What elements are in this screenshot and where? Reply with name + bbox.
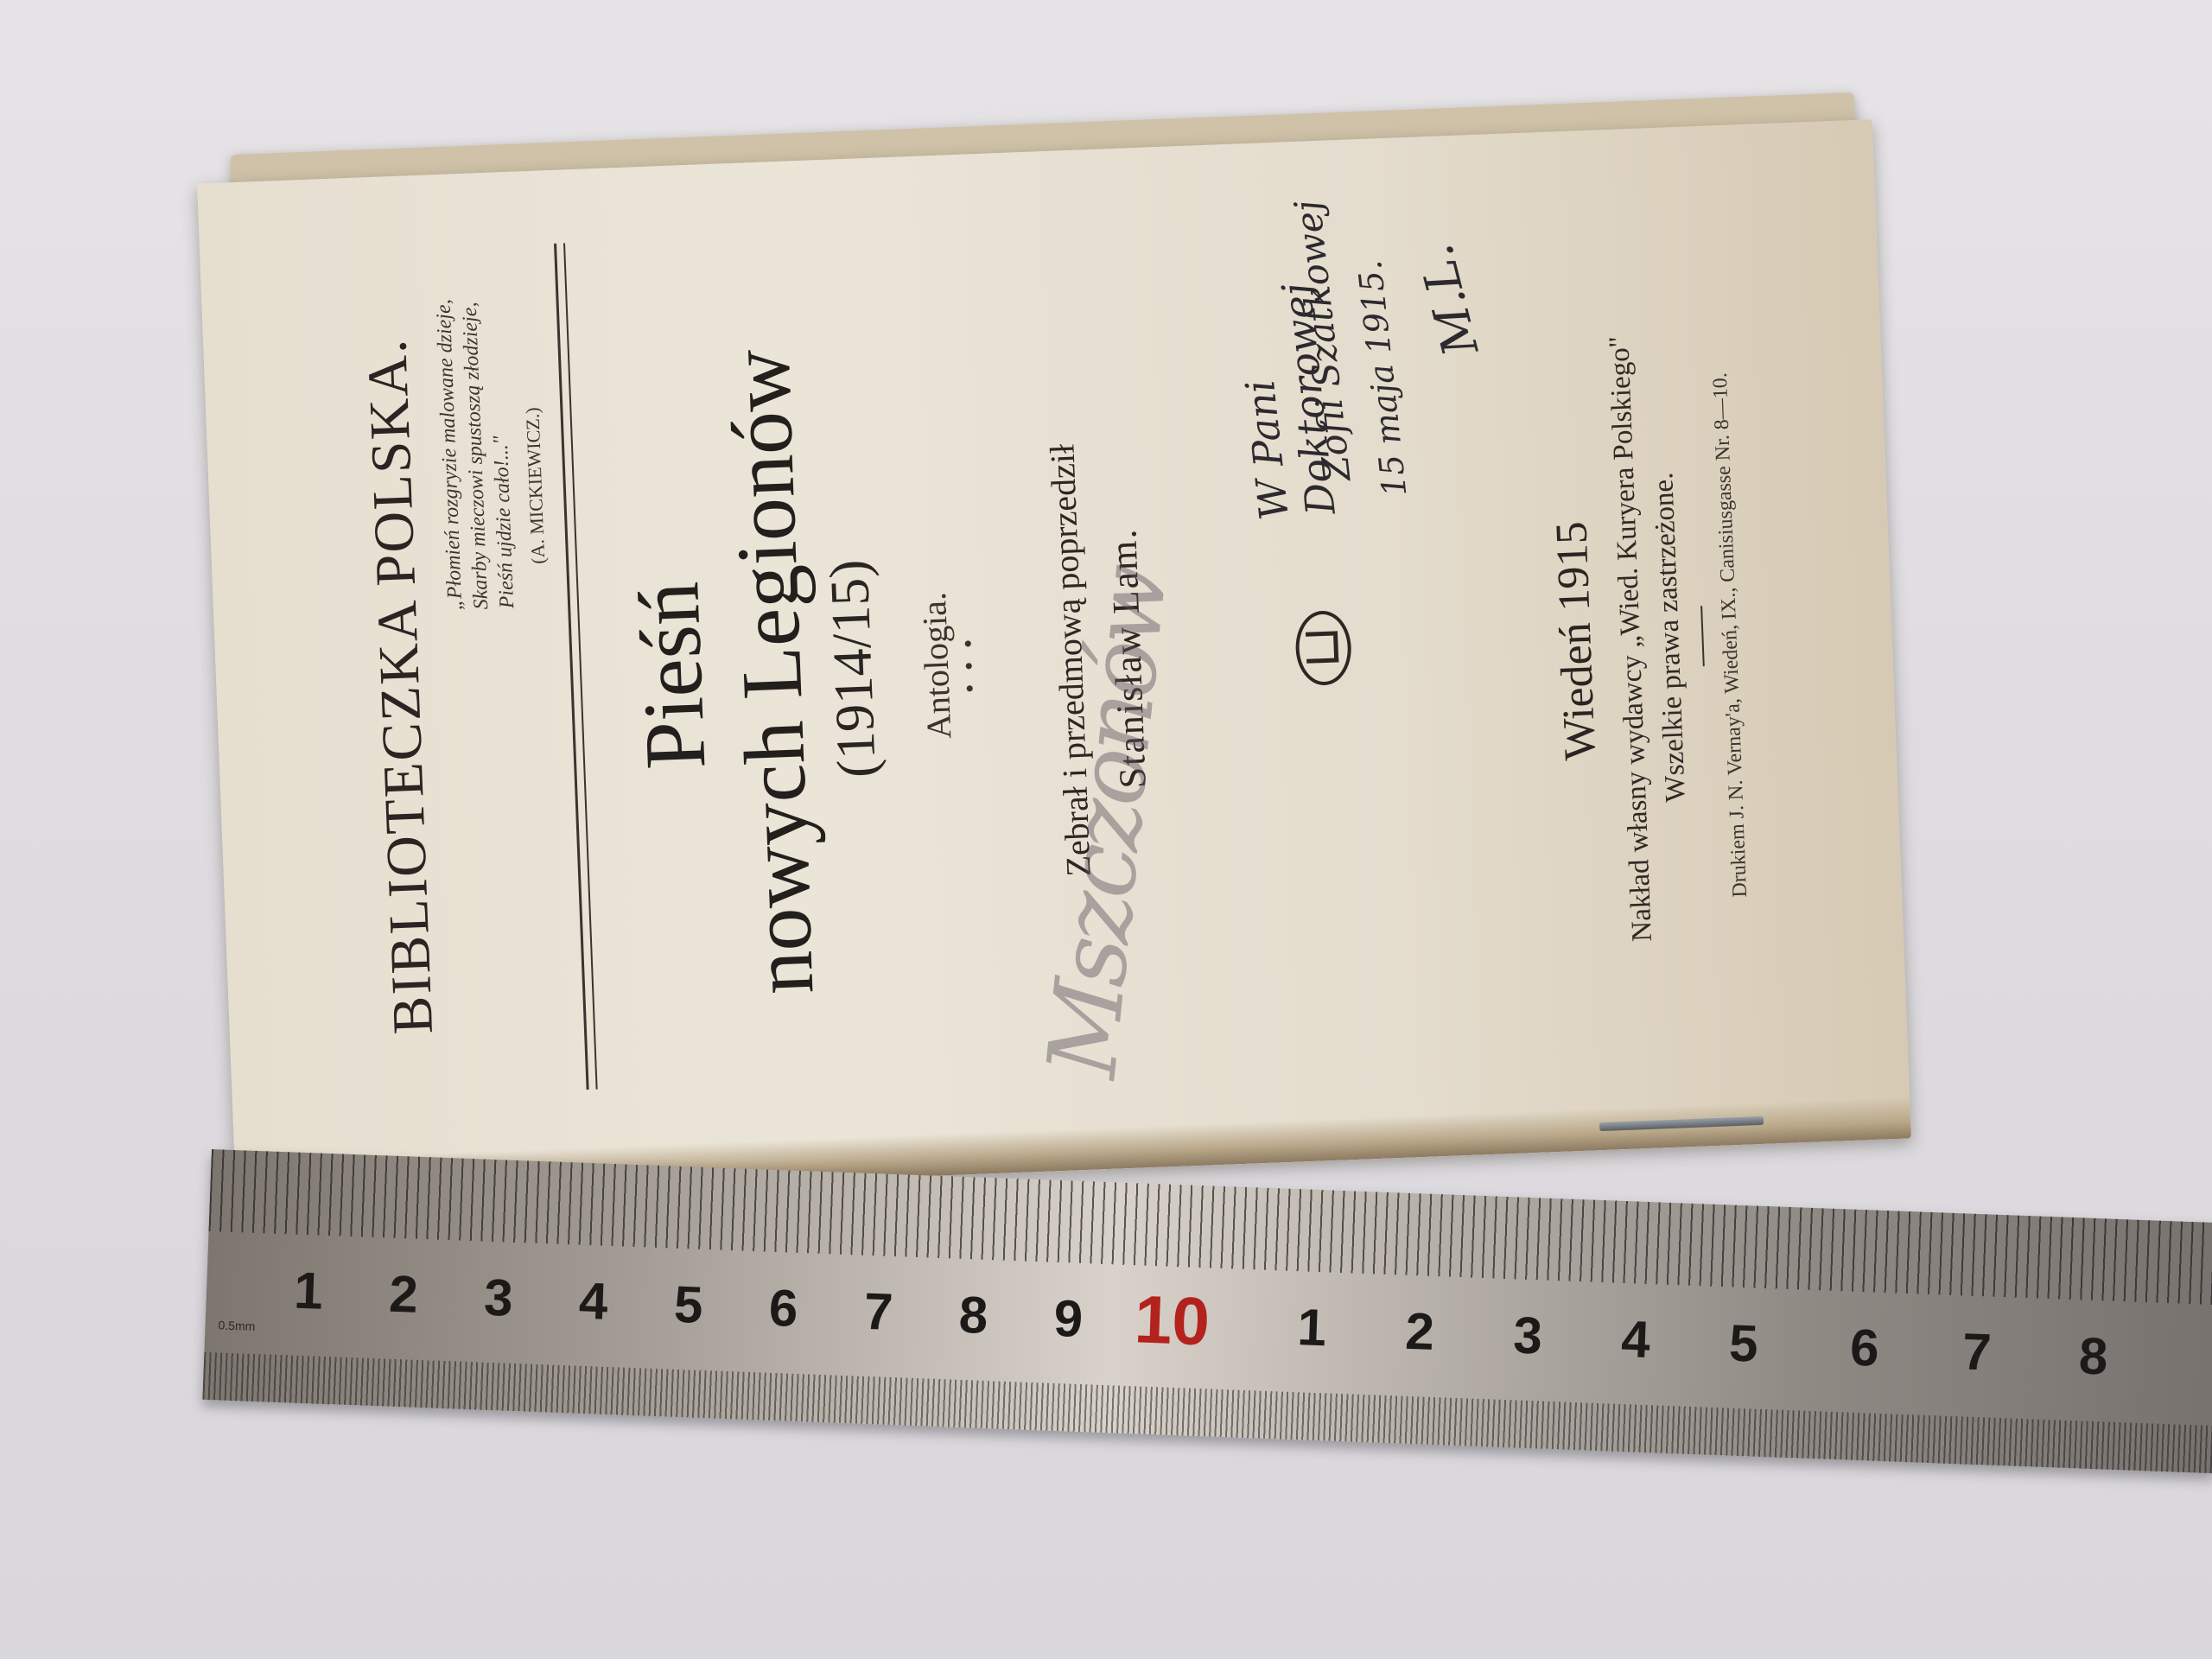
ruler-number: 8 xyxy=(958,1285,989,1345)
ruler-number: 5 xyxy=(1728,1313,1759,1374)
ruler-number: 4 xyxy=(1620,1309,1651,1370)
dedication-date: 15 maja 1915. xyxy=(1351,258,1414,499)
ruler-number: 6 xyxy=(768,1278,799,1338)
motto-quote: „Płomień rozgryzie malowane dzieje, Skar… xyxy=(428,228,520,611)
ruler-number: 2 xyxy=(1404,1301,1435,1362)
ruler-label: 0.5mm xyxy=(218,1318,255,1333)
short-rule-divider xyxy=(1700,606,1705,666)
publisher-logo-icon xyxy=(1294,610,1352,686)
ruler-number: 7 xyxy=(1961,1321,1993,1382)
ruler-ticks-bottom xyxy=(202,1352,2212,1473)
ruler-number: 7 xyxy=(863,1281,894,1342)
ruler-number-accent: 10 xyxy=(1133,1280,1211,1361)
ruler-number: 2 xyxy=(388,1264,419,1325)
double-rule-divider xyxy=(554,243,598,1090)
ruler-number: 3 xyxy=(1512,1305,1543,1365)
ruler-number: 6 xyxy=(1849,1318,1880,1378)
booklet: BIBLIOTECZKA POLSKA. „Płomień rozgryzie … xyxy=(197,119,1911,1203)
ruler-number: 9 xyxy=(1053,1288,1084,1349)
printer-imprint: Drukiem J. N. Vernay'a, Wiedeń, IX., Can… xyxy=(1700,147,1761,1123)
ruler-number: 4 xyxy=(578,1271,609,1332)
motto-author: (A. MICKIEWICZ.) xyxy=(521,407,550,564)
ruler-number: 8 xyxy=(2078,1325,2109,1386)
ruler-number: 5 xyxy=(673,1274,704,1335)
title-page-content: BIBLIOTECZKA POLSKA. „Płomień rozgryzie … xyxy=(232,143,1876,1180)
ruler-number: 1 xyxy=(293,1261,324,1321)
metal-ruler: 0.5mm 1 2 3 4 5 6 7 8 9 10 1 2 3 4 5 6 7… xyxy=(202,1149,2212,1473)
dedication-signature: M.L. xyxy=(1408,238,1490,361)
ruler-number: 1 xyxy=(1296,1297,1327,1357)
ruler-number: 3 xyxy=(483,1268,514,1328)
title-page: BIBLIOTECZKA POLSKA. „Płomień rozgryzie … xyxy=(197,119,1911,1203)
